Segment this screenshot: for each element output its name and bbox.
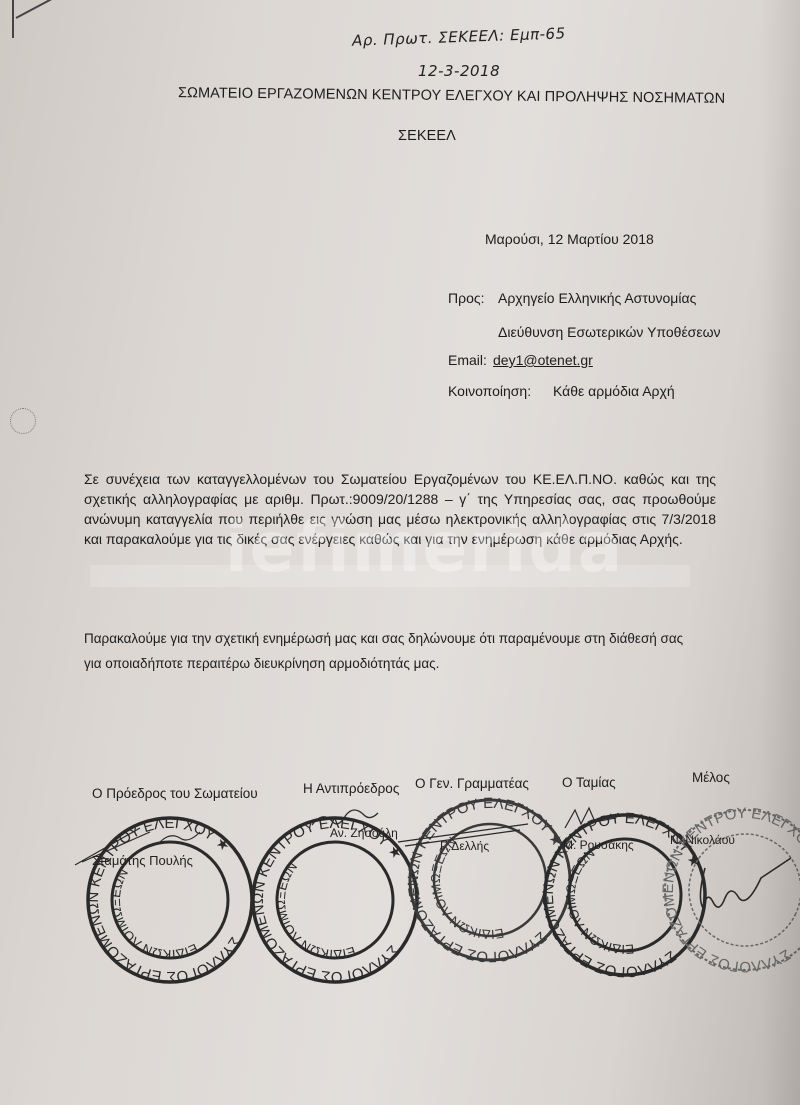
signature-name-vice-president: Αν. Ζησούλη	[330, 826, 398, 840]
scanned-letter-page: Αρ. Πρωτ. ΣΕΚΕΕΛ: Εμπ-65 12-3-2018 ΣΩΜΑΤ…	[0, 0, 800, 1105]
signature-name-president: Σταμάτης Πουλής	[92, 853, 193, 868]
stamps-layer: ΣΥΛΛΟΓΟΣ ΕΡΓΑΖΟΜΕΝΩΝ ΚΕΝΤΡΟΥ ΕΛΕΓΧΟΥ ★ Ε…	[0, 0, 800, 1105]
stamp-2: ΣΥΛΛΟΓΟΣ ΕΡΓΑΖΟΜΕΝΩΝ ΚΕΝΤΡΟΥ ΕΛΕΓΧΟΥ ★ Ε…	[204, 769, 467, 1032]
svg-text:ΣΥΛΛΟΓΟΣ ΕΡΓΑΖΟΜΕΝΩΝ ΚΕΝΤΡΟΥ Ε: ΣΥΛΛΟΓΟΣ ΕΡΓΑΖΟΜΕΝΩΝ ΚΕΝΤΡΟΥ ΕΛΕΓΧΟΥ ★	[505, 775, 745, 1015]
stamp-4: ΣΥΛΛΟΓΟΣ ΕΡΓΑΖΟΜΕΝΩΝ ΚΕΝΤΡΟΥ ΕΛΕΓΧΟΥ ★ Ε…	[476, 746, 774, 1044]
signature-name-secretary: Γ. Δελλής	[440, 839, 489, 853]
page-edge-shadow	[760, 0, 800, 1105]
signature-name-treasurer: Μ. Ρουσάκης	[563, 838, 634, 852]
signature-name-member: Ν. Νικολάου	[670, 833, 735, 847]
